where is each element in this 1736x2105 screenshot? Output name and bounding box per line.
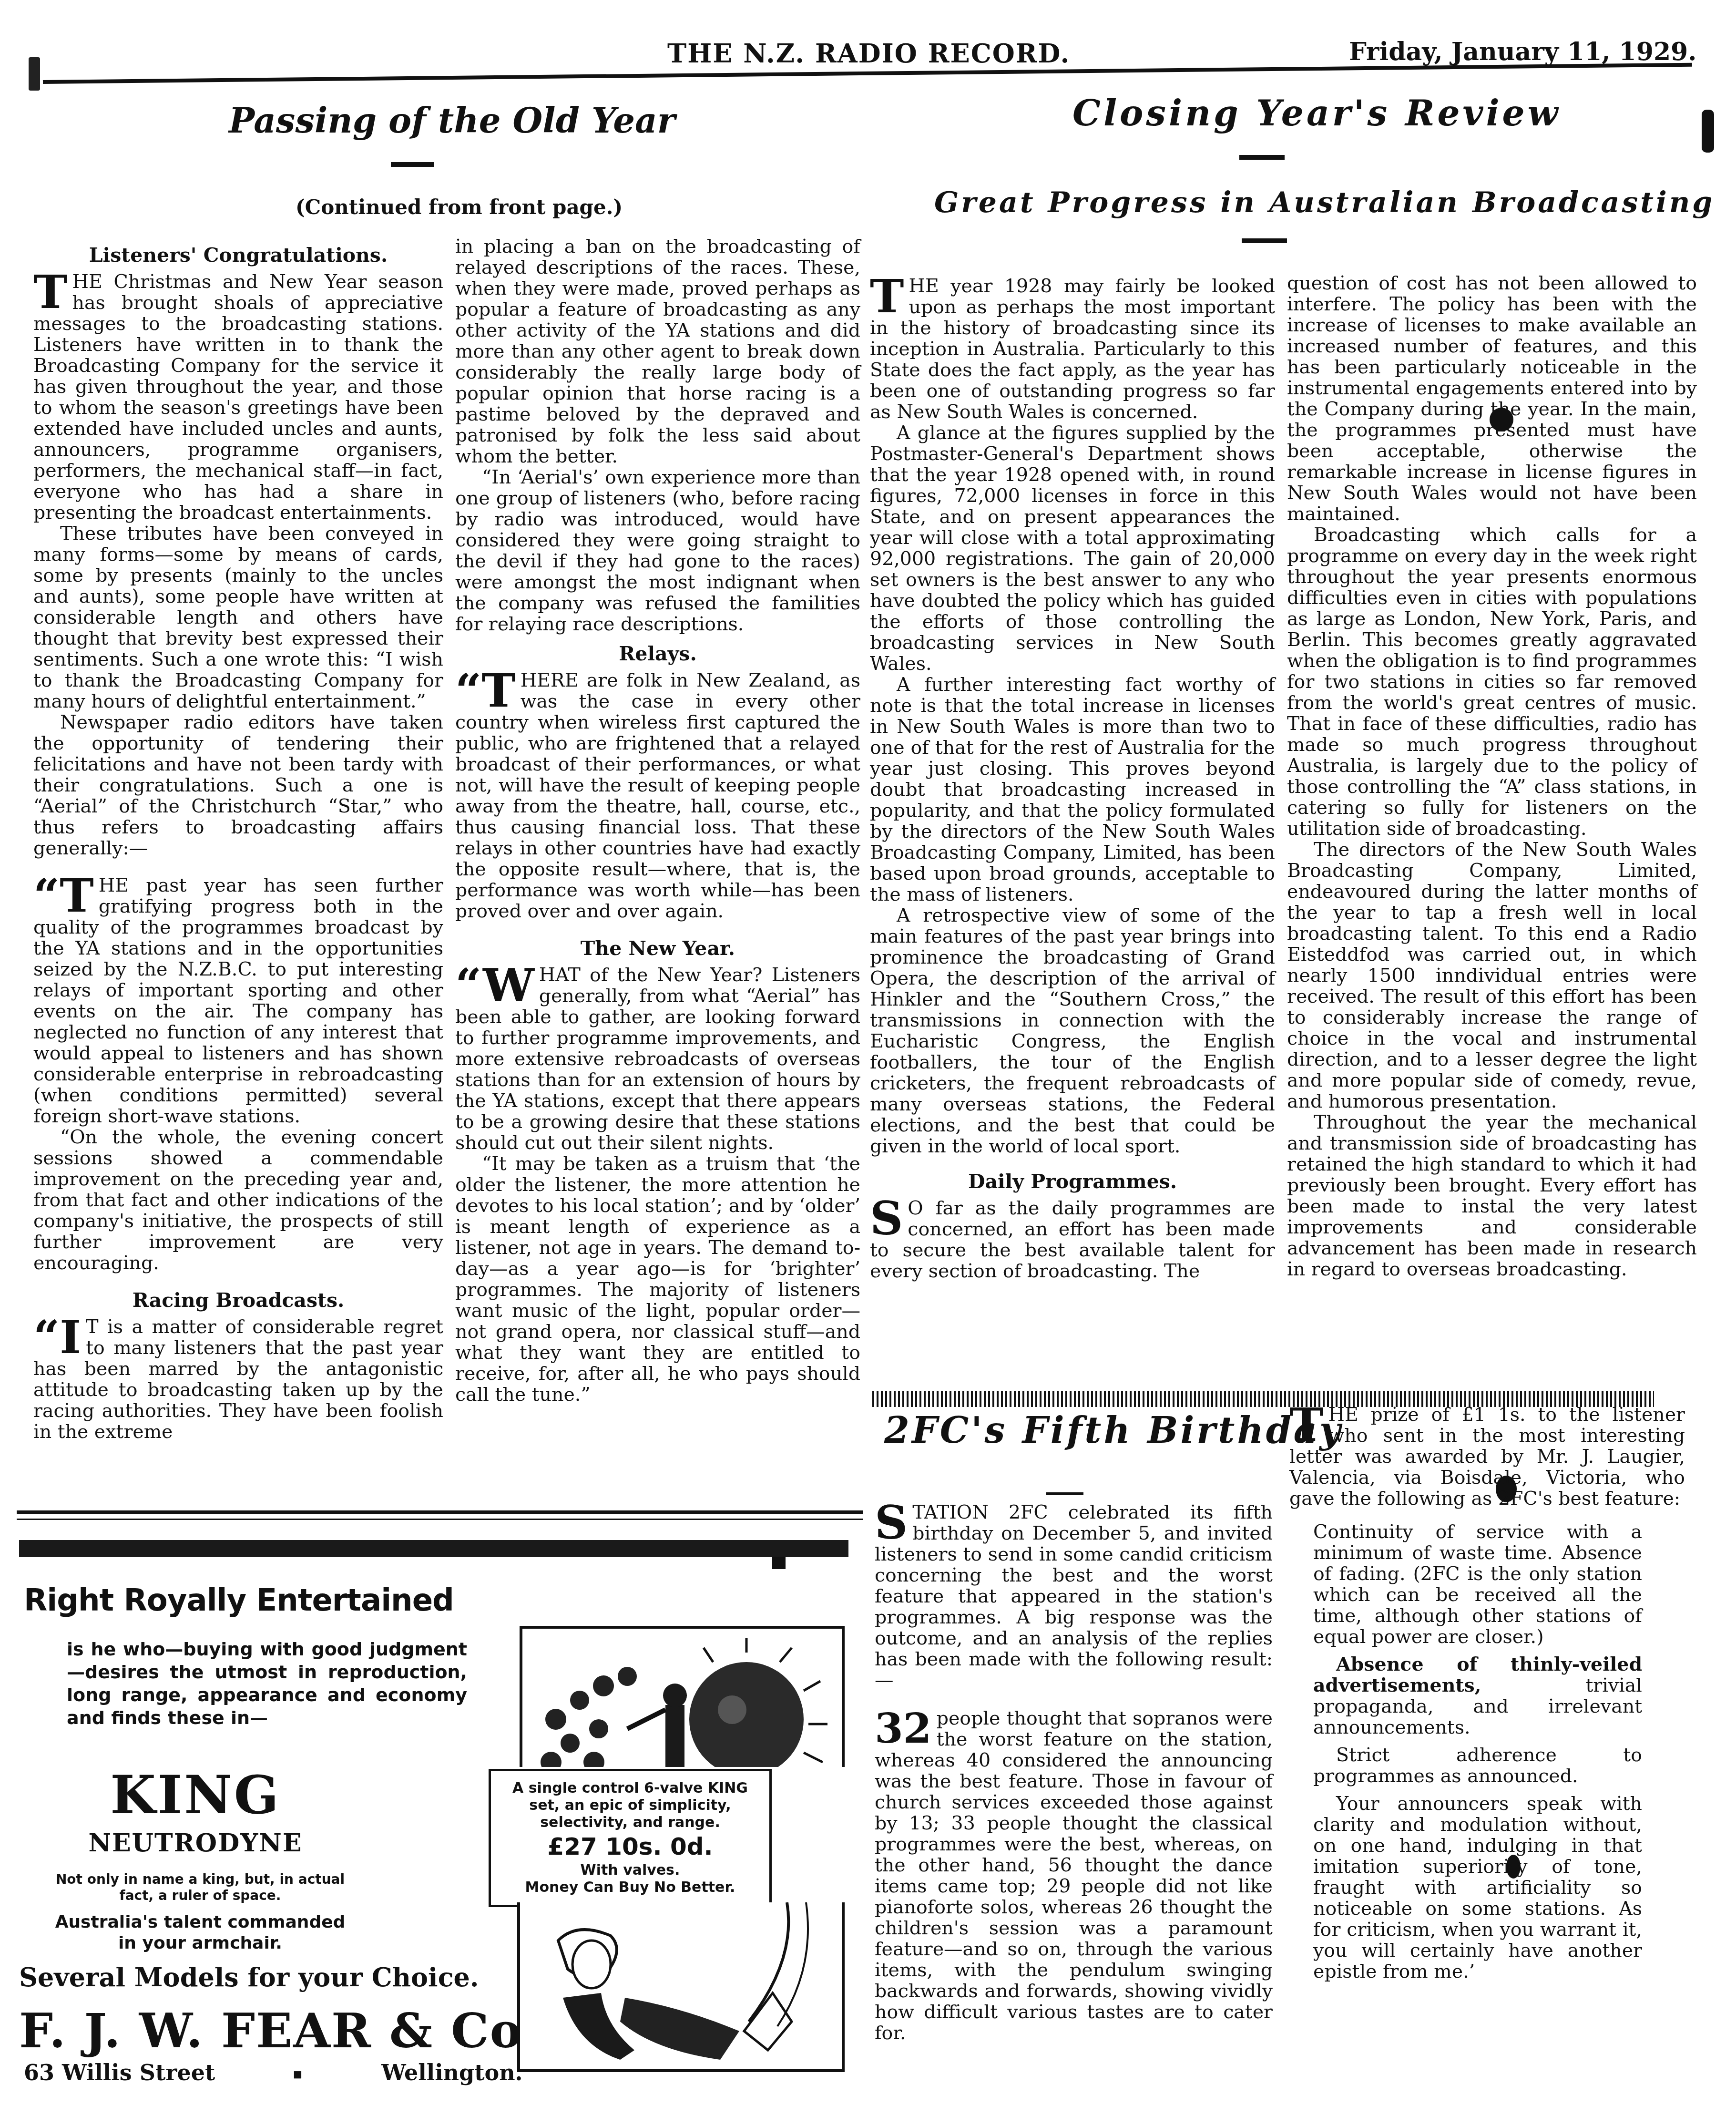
ad-firm-name: F. J. W. FEAR & Co. <box>19 2002 539 2059</box>
ad-address-city: Wellington. <box>381 2060 523 2085</box>
paragraph: Newspaper radio editors have taken the o… <box>33 712 443 859</box>
section-heading: Racing Broadcasts. <box>33 1290 443 1311</box>
drop-cap: T <box>33 273 67 311</box>
right-article-subheadline: Great Progress in Australian Broadcastin… <box>934 186 1715 219</box>
paragraph: “IT is a matter of considerable regret t… <box>33 1316 443 1442</box>
ad-tagline: Not only in name a king, but, in actual … <box>48 1871 353 1904</box>
page-corner-mark <box>29 57 40 91</box>
conductor-with-radio-globe-illustration <box>520 1626 845 1767</box>
issue-date: Friday, January 11, 1929. <box>1349 37 1696 66</box>
illustration-artwork <box>522 1629 842 1767</box>
drop-cap: “W <box>455 966 534 1005</box>
paragraph: A glance at the figures supplied by the … <box>870 422 1275 674</box>
paragraph: The directors of the New South Wales Bro… <box>1287 839 1697 1112</box>
section-heading: Relays. <box>455 643 860 664</box>
subheadline-divider <box>1242 238 1287 243</box>
price-description: A single control 6-valve KING set, an ep… <box>501 1780 759 1831</box>
drop-cap: S <box>875 1504 908 1542</box>
ad-product: NEUTRODYNE <box>48 1828 343 1858</box>
paragraph: question of cost has not been allowed to… <box>1287 273 1697 524</box>
paragraph: These tributes have been conveyed in man… <box>33 523 443 712</box>
paragraph: Throughout the year the mechanical and t… <box>1287 1112 1697 1280</box>
section-divider-thin <box>17 1519 863 1520</box>
birthday-article-headline: 2FC's Fifth Birthday <box>884 1409 1343 1451</box>
paragraph: in placing a ban on the broadcasting of … <box>455 236 860 467</box>
drop-cap: “T <box>455 672 516 710</box>
ad-tagline: Australia's talent commanded in your arm… <box>48 1912 353 1954</box>
scan-ink-mark <box>1490 408 1513 431</box>
drop-cap: S <box>870 1200 903 1238</box>
quoted-paragraph: Your announcers speak with clarity and m… <box>1313 1793 1642 1982</box>
price-box: A single control 6-valve KING set, an ep… <box>489 1769 772 1907</box>
price-amount: £27 10s. 0d. <box>501 1831 759 1862</box>
illustration-artwork <box>520 1902 842 2069</box>
left-article-column-1: Listeners' Congratulations. THE Christma… <box>33 236 443 1442</box>
paragraph: 32people thought that sopranos were the … <box>875 1708 1273 2043</box>
headline-divider <box>1239 155 1285 160</box>
birthday-article-column-2: THE prize of £1 1s. to the listener who … <box>1289 1404 1685 1982</box>
ad-models-line: Several Models for your Choice. <box>19 1962 515 1992</box>
price-note: Money Can Buy No Better. <box>501 1879 759 1896</box>
ad-border-notch <box>772 1557 786 1569</box>
section-heading: Listeners' Congratulations. <box>33 245 443 266</box>
king-neutrodyne-advertisement: Right Royally Entertained is he who—buyi… <box>19 1530 853 2079</box>
right-article-headline: Closing Year's Review <box>1072 93 1561 134</box>
birthday-article-column-1: STATION 2FC celebrated its fifth birthda… <box>875 1502 1273 2043</box>
section-heading: Daily Programmes. <box>870 1171 1275 1192</box>
quoted-paragraph: Absence of thinly-veiled advertisements,… <box>1313 1654 1642 1738</box>
woman-in-armchair-illustration <box>517 1902 845 2072</box>
publication-title: THE N.Z. RADIO RECORD. <box>667 38 1070 69</box>
ad-address-separator: ■ <box>293 2060 302 2088</box>
paragraph: THE year 1928 may fairly be looked upon … <box>870 276 1275 422</box>
paragraph: “THE past year has seen further gratifyi… <box>33 875 443 1127</box>
paragraph: “On the whole, the evening concert sessi… <box>33 1127 443 1273</box>
paragraph: A retrospective view of some of the main… <box>870 905 1275 1157</box>
drop-cap: T <box>870 277 904 316</box>
paragraph: “In ‘Aerial's’ own experience more than … <box>455 467 860 635</box>
scan-ink-mark <box>1702 110 1714 153</box>
continuation-note: (Continued from front page.) <box>296 195 623 219</box>
drop-cap: “T <box>33 877 94 915</box>
drop-cap: T <box>1289 1406 1323 1444</box>
paragraph: “WHAT of the New Year? Listeners general… <box>455 965 860 1153</box>
paragraph: SO far as the daily programmes are conce… <box>870 1198 1275 1282</box>
paragraph: “THERE are folk in New Zealand, as was t… <box>455 670 860 922</box>
quoted-letter: Continuity of service with a minimum of … <box>1313 1521 1642 1982</box>
quoted-paragraph: Continuity of service with a minimum of … <box>1313 1521 1642 1647</box>
paragraph: A further interesting fact worthy of not… <box>870 674 1275 905</box>
paragraph: STATION 2FC celebrated its fifth birthda… <box>875 1502 1273 1691</box>
ad-top-border <box>19 1540 848 1557</box>
section-divider <box>17 1510 863 1514</box>
price-note: With valves. <box>501 1862 759 1879</box>
quoted-paragraph: Strict adherence to programmes as announ… <box>1313 1745 1642 1787</box>
left-article-column-2: in placing a ban on the broadcasting of … <box>455 236 860 1405</box>
ad-body-text: is he who—buying with good judgment—desi… <box>67 1638 467 1729</box>
headline-divider <box>391 162 434 167</box>
drop-cap: “I <box>33 1318 81 1356</box>
ad-address-street: 63 Willis Street <box>24 2060 215 2085</box>
drop-cap-number: 32 <box>875 1710 932 1748</box>
headline-divider <box>1046 1492 1083 1495</box>
paragraph: “It may be taken as a truism that ‘the o… <box>455 1153 860 1405</box>
paragraph: THE prize of £1 1s. to the listener who … <box>1289 1404 1685 1509</box>
ad-brand: KING <box>91 1764 300 1826</box>
right-article-column-1: THE year 1928 may fairly be looked upon … <box>870 276 1275 1282</box>
section-heading: The New Year. <box>455 938 860 959</box>
left-article-headline: Passing of the Old Year <box>229 100 675 141</box>
paragraph: THE Christmas and New Year season has br… <box>33 271 443 523</box>
paragraph: Broadcasting which calls for a programme… <box>1287 524 1697 839</box>
ad-headline: Right Royally Entertained <box>24 1583 454 1618</box>
